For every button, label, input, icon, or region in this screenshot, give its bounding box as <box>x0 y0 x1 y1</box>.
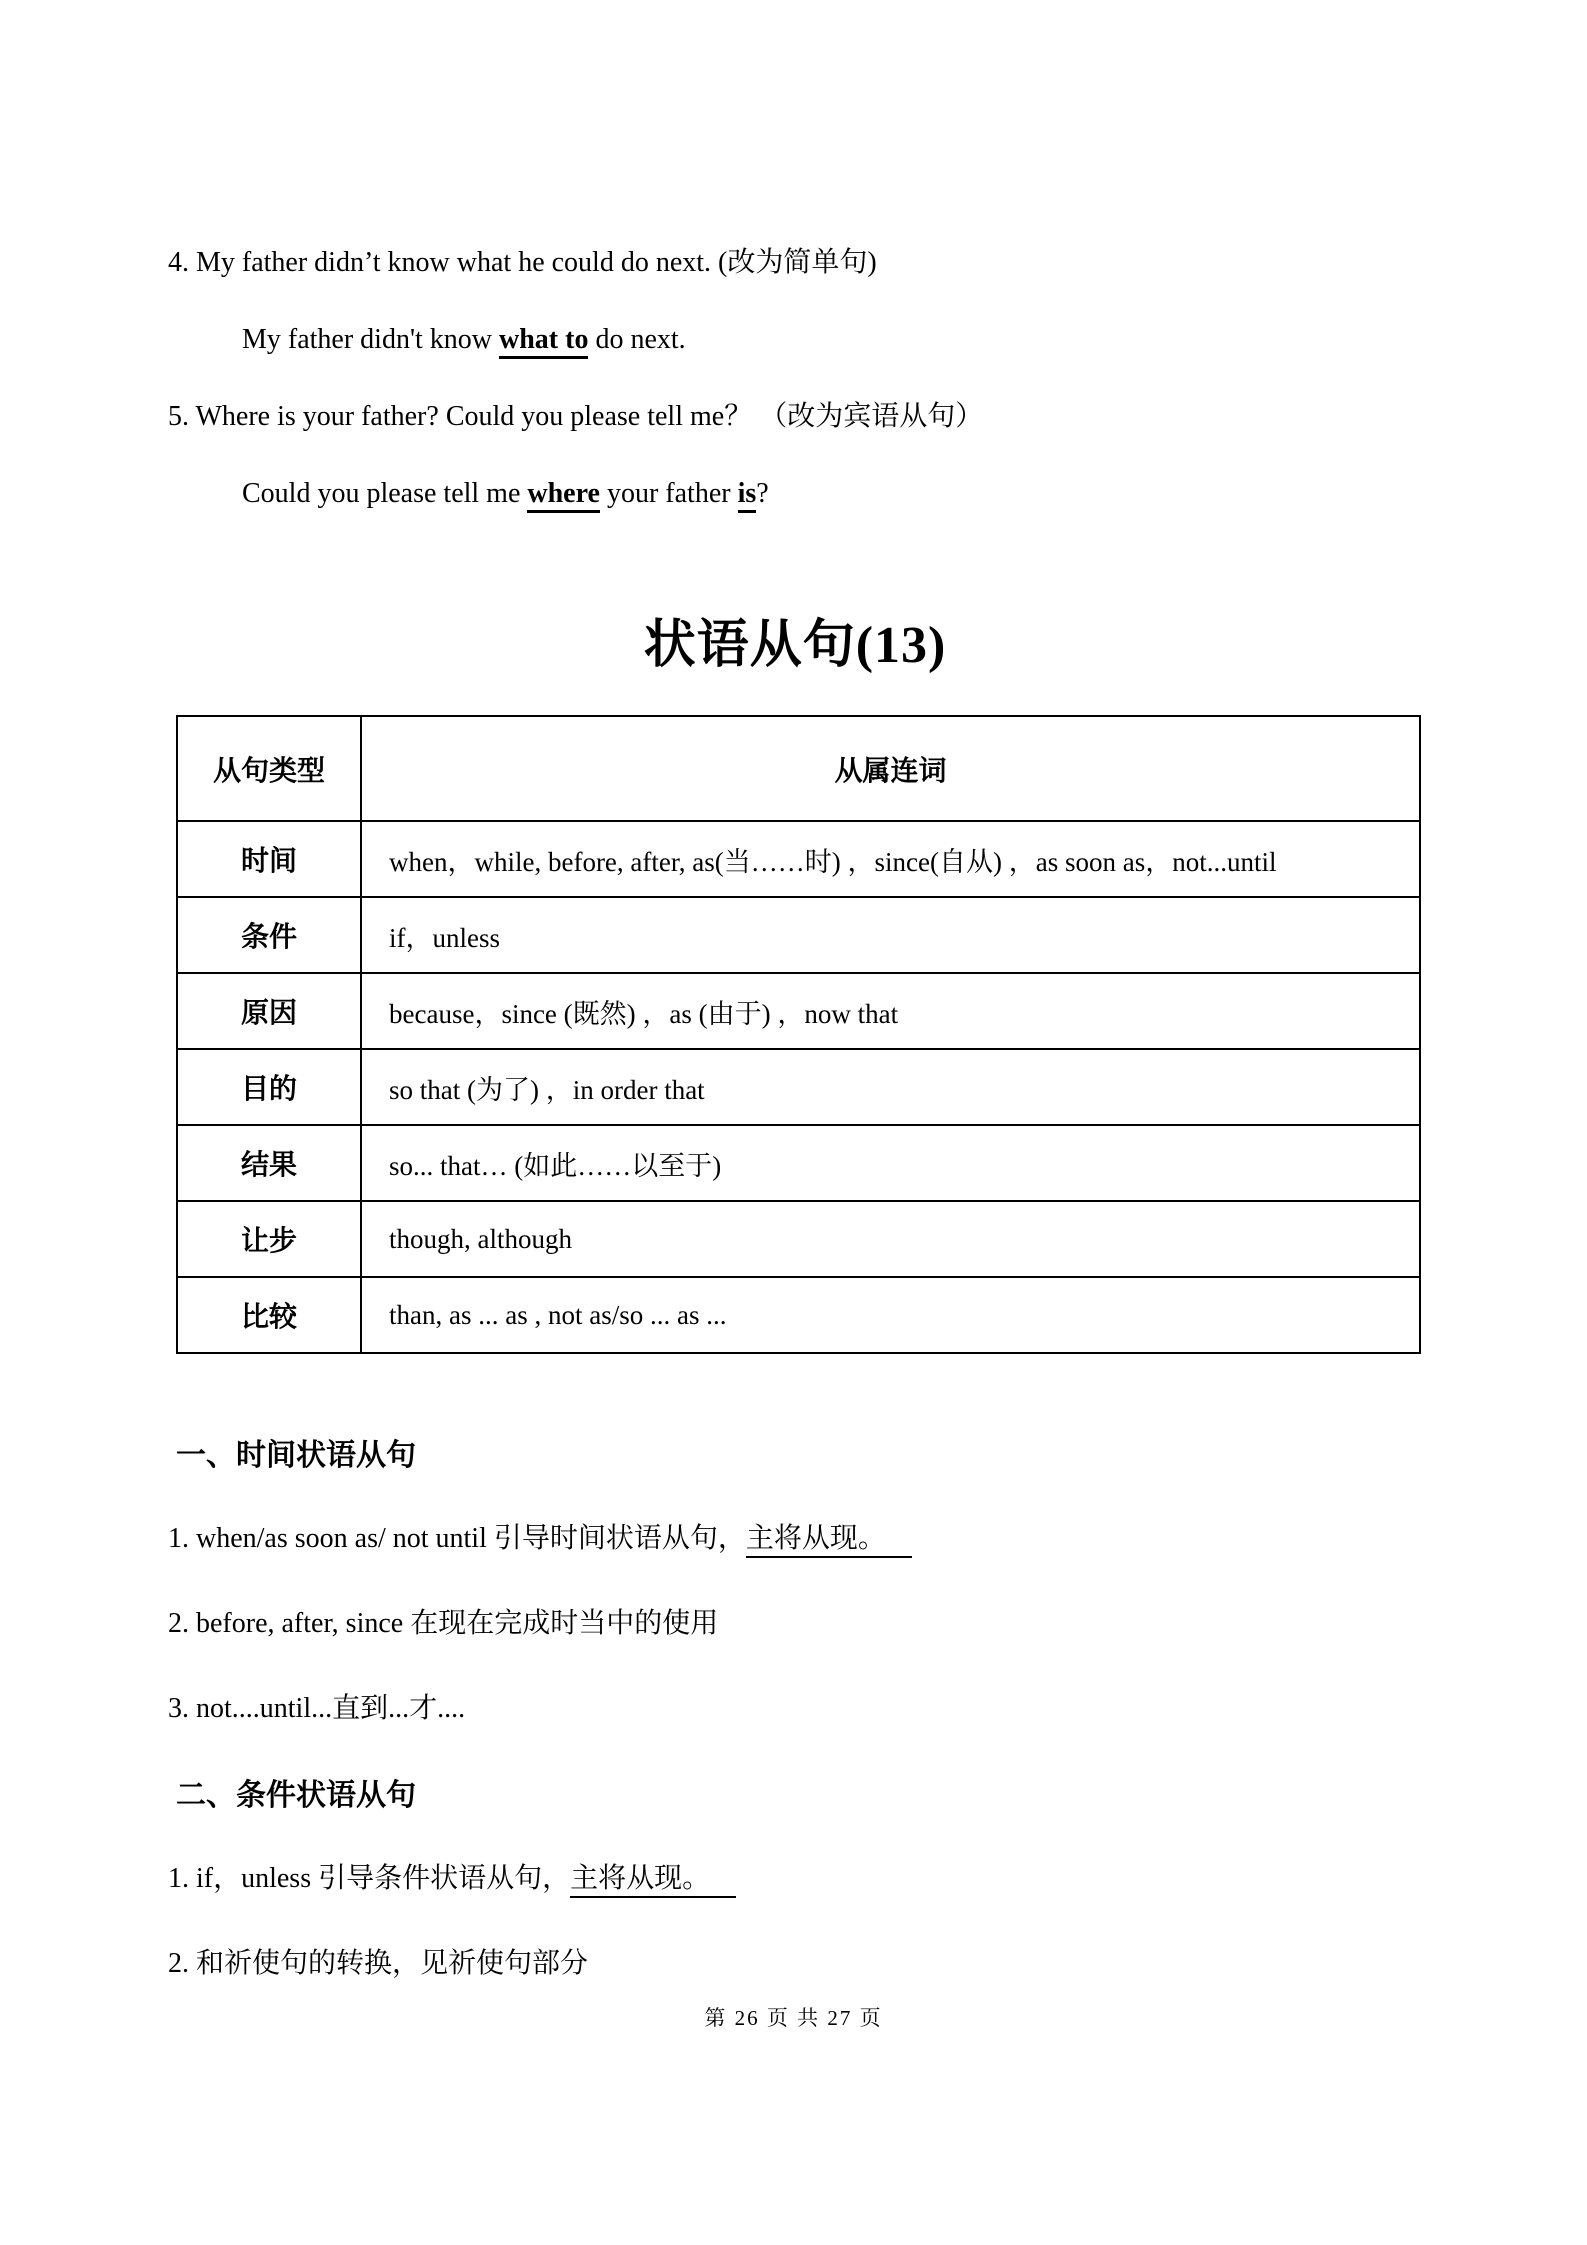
exercise-answer: My father didn't know what to do next. <box>242 322 1422 358</box>
exercise-answer: Could you please tell me where your fath… <box>242 476 1422 512</box>
grammar-table: 从句类型 从属连词 时间 when，while, before, after, … <box>176 715 1421 1354</box>
clause-type-cell: 结果 <box>177 1125 361 1201</box>
clause-type-cell: 原因 <box>177 973 361 1049</box>
table-row: 目的 so that (为了) ，in order that <box>177 1049 1420 1125</box>
table-row: 条件 if，unless <box>177 897 1420 973</box>
table-row: 原因 because，since (既然) ，as (由于) ，now that <box>177 973 1420 1049</box>
conjunctions-cell: when，while, before, after, as(当……时) ，sin… <box>361 821 1420 897</box>
section-heading-time-clauses: 一、时间状语从句 <box>176 1436 1422 1476</box>
table-header-clause-type: 从句类型 <box>177 716 361 821</box>
table-row: 时间 when，while, before, after, as(当……时) ，… <box>177 821 1420 897</box>
conjunctions-cell: than, as ... as , not as/so ... as ... <box>361 1277 1420 1353</box>
clause-type-cell: 时间 <box>177 821 361 897</box>
table-row: 让步 though, although <box>177 1201 1420 1277</box>
clause-type-cell: 让步 <box>177 1201 361 1277</box>
section-item: 1. if，unless 引导条件状语从句，主将从现。 <box>168 1861 1422 1897</box>
page-title-text: 状语从句 <box>644 616 856 674</box>
exercise-question: 5. Where is your father? Could you pleas… <box>168 399 1422 435</box>
page-title-number: (13) <box>856 617 947 674</box>
table-row: 比较 than, as ... as , not as/so ... as ..… <box>177 1277 1420 1353</box>
exercise-question: 4. My father didn’t know what he could d… <box>168 245 1422 281</box>
conjunctions-cell: because，since (既然) ，as (由于) ，now that <box>361 973 1420 1049</box>
conjunctions-cell: though, although <box>361 1201 1420 1277</box>
table-header-conjunctions: 从属连词 <box>361 716 1420 821</box>
section-item: 2. before, after, since 在现在完成时当中的使用 <box>168 1606 1422 1642</box>
section-item: 2. 和祈使句的转换，见祈使句部分 <box>168 1946 1422 1982</box>
page-footer: 第 26 页 共 27 页 <box>0 2002 1587 2032</box>
clause-type-cell: 条件 <box>177 897 361 973</box>
conjunctions-cell: if，unless <box>361 897 1420 973</box>
page-content: 4. My father didn’t know what he could d… <box>0 0 1587 1982</box>
section-item: 3. not....until...直到...才.... <box>168 1691 1422 1727</box>
clause-type-cell: 目的 <box>177 1049 361 1125</box>
conjunctions-cell: so that (为了) ，in order that <box>361 1049 1420 1125</box>
table-header-row: 从句类型 从属连词 <box>177 716 1420 821</box>
clause-type-cell: 比较 <box>177 1277 361 1353</box>
table-row: 结果 so... that… (如此……以至于) <box>177 1125 1420 1201</box>
document-page: 4. My father didn’t know what he could d… <box>0 0 1587 2245</box>
conjunctions-cell: so... that… (如此……以至于) <box>361 1125 1420 1201</box>
section-heading-condition-clauses: 二、条件状语从句 <box>176 1776 1422 1816</box>
page-title: 状语从句(13) <box>168 614 1422 677</box>
section-item: 1. when/as soon as/ not until 引导时间状语从句，主… <box>168 1521 1422 1557</box>
